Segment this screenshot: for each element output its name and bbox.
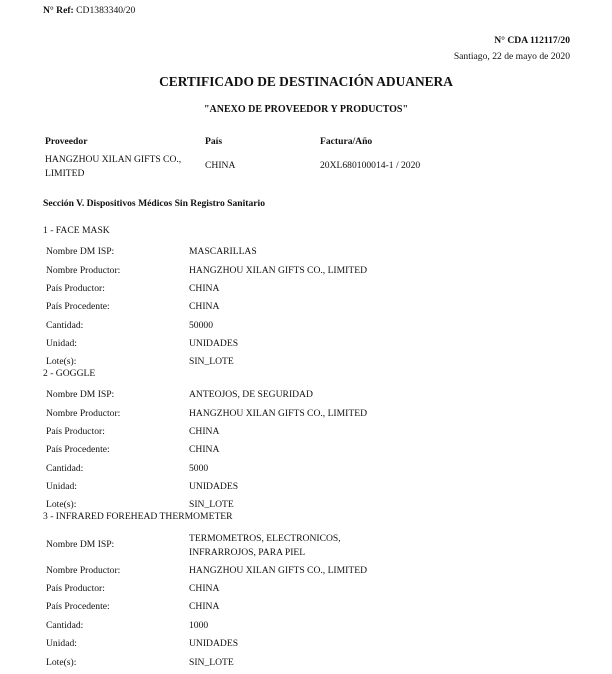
field-value-nombre-productor: HANGZHOU XILAN GIFTS CO., LIMITED — [189, 408, 367, 419]
field-value-pais-procedente: CHINA — [189, 301, 219, 312]
field-value-lotes: SIN_LOTE — [189, 356, 234, 367]
field-value-nombre-dm: TERMOMETROS, ELECTRONICOS, INFRARROJOS, … — [189, 532, 389, 560]
field-value-lotes: SIN_LOTE — [189, 499, 234, 510]
field-value-nombre-productor: HANGZHOU XILAN GIFTS CO., LIMITED — [189, 565, 367, 576]
document-subtitle: "ANEXO DE PROVEEDOR Y PRODUCTOS" — [0, 104, 612, 115]
place-date: Santiago, 22 de mayo de 2020 — [454, 51, 570, 62]
field-label-nombre-dm: Nombre DM ISP: — [46, 389, 114, 400]
ref-label: N° Ref: — [43, 5, 74, 16]
field-label-lotes: Lote(s): — [46, 499, 76, 510]
header-factura: Factura/Año — [320, 136, 372, 147]
field-label-lotes: Lote(s): — [46, 657, 76, 668]
field-label-cantidad: Cantidad: — [46, 620, 83, 631]
item-title: 2 - GOGGLE — [43, 368, 95, 379]
field-label-pais-productor: País Productor: — [46, 283, 105, 294]
field-label-pais-procedente: País Procedente: — [46, 601, 110, 612]
field-value-nombre-productor: HANGZHOU XILAN GIFTS CO., LIMITED — [189, 265, 367, 276]
field-label-pais-procedente: País Procedente: — [46, 301, 110, 312]
field-value-cantidad: 1000 — [189, 620, 208, 631]
field-label-unidad: Unidad: — [46, 481, 77, 492]
field-label-unidad: Unidad: — [46, 338, 77, 349]
field-label-cantidad: Cantidad: — [46, 320, 83, 331]
reference-number: N° Ref: CD1383340/20 — [43, 5, 135, 16]
field-value-unidad: UNIDADES — [189, 338, 238, 349]
supplier-name: HANGZHOU XILAN GIFTS CO., LIMITED — [45, 153, 195, 181]
item-title: 3 - INFRARED FOREHEAD THERMOMETER — [43, 511, 233, 522]
section-title: Sección V. Dispositivos Médicos Sin Regi… — [43, 198, 265, 209]
field-value-pais-productor: CHINA — [189, 283, 219, 294]
field-value-lotes: SIN_LOTE — [189, 657, 234, 668]
field-value-nombre-dm: MASCARILLAS — [189, 246, 257, 257]
invoice-year: 20XL680100014-1 / 2020 — [320, 160, 420, 171]
field-value-pais-procedente: CHINA — [189, 601, 219, 612]
field-value-pais-procedente: CHINA — [189, 444, 219, 455]
field-value-cantidad: 5000 — [189, 463, 208, 474]
item-title: 1 - FACE MASK — [43, 225, 110, 236]
field-label-pais-procedente: País Procedente: — [46, 444, 110, 455]
cda-number: N° CDA 112117/20 — [494, 35, 570, 46]
supplier-country: CHINA — [205, 160, 235, 171]
document-title: CERTIFICADO DE DESTINACIÓN ADUANERA — [0, 74, 612, 90]
field-label-cantidad: Cantidad: — [46, 463, 83, 474]
field-value-unidad: UNIDADES — [189, 638, 238, 649]
field-label-nombre-productor: Nombre Productor: — [46, 265, 120, 276]
field-label-pais-productor: País Productor: — [46, 583, 105, 594]
ref-value: CD1383340/20 — [76, 5, 135, 16]
field-label-lotes: Lote(s): — [46, 356, 76, 367]
field-value-pais-productor: CHINA — [189, 426, 219, 437]
field-value-nombre-dm: ANTEOJOS, DE SEGURIDAD — [189, 389, 313, 400]
field-value-unidad: UNIDADES — [189, 481, 238, 492]
field-value-cantidad: 50000 — [189, 320, 213, 331]
field-value-pais-productor: CHINA — [189, 583, 219, 594]
field-label-nombre-dm: Nombre DM ISP: — [46, 246, 114, 257]
field-label-nombre-productor: Nombre Productor: — [46, 408, 120, 419]
field-label-nombre-productor: Nombre Productor: — [46, 565, 120, 576]
field-label-unidad: Unidad: — [46, 638, 77, 649]
header-pais: País — [205, 136, 222, 147]
field-label-nombre-dm: Nombre DM ISP: — [46, 539, 114, 550]
header-proveedor: Proveedor — [45, 136, 87, 147]
field-label-pais-productor: País Productor: — [46, 426, 105, 437]
